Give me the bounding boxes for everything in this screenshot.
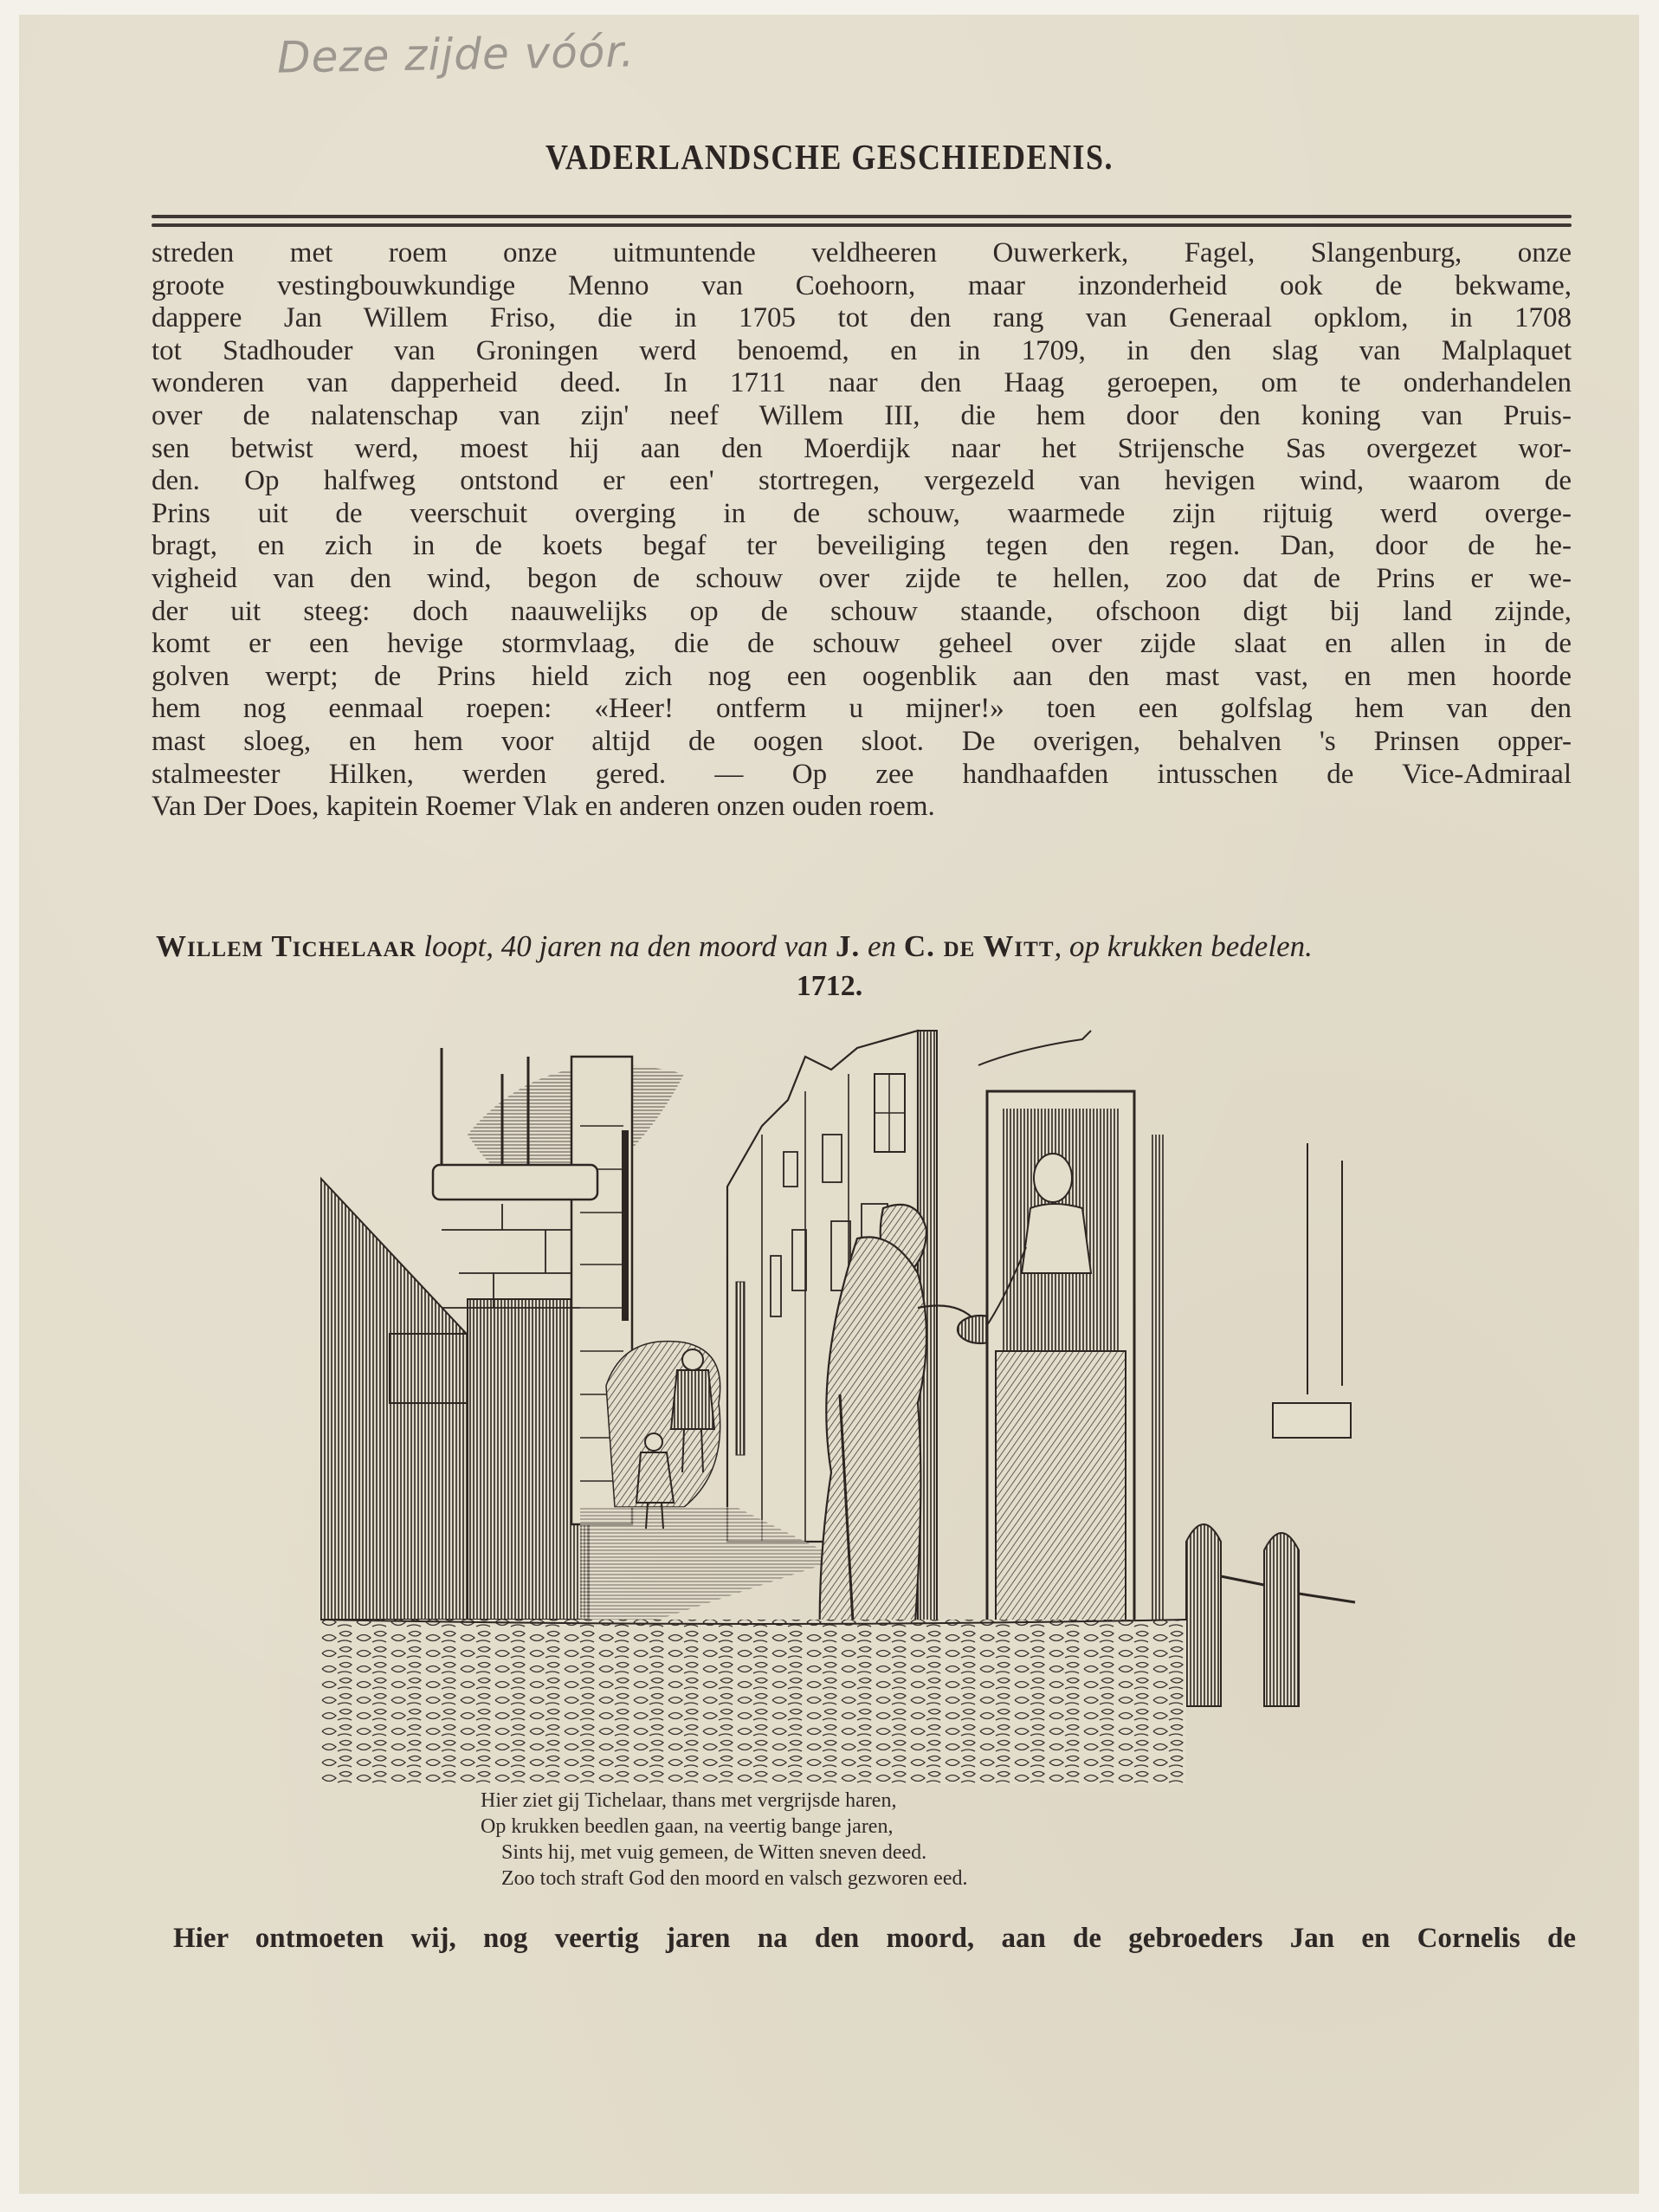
- body-line: Van Der Does, kapitein Roemer Vlak en an…: [152, 791, 1572, 824]
- title-rule-bottom: [152, 223, 1572, 227]
- title-rule-top: [152, 215, 1572, 218]
- caption-year: 1712.: [0, 970, 1659, 1003]
- woodcut-illustration: [320, 1022, 1359, 1784]
- verse-line: Hier ziet gij Tichelaar, thans met vergr…: [481, 1788, 1260, 1814]
- body-line: sen betwist werd, moest hij aan den Moer…: [152, 433, 1572, 466]
- body-line: stalmeester Hilken, werden gered. — Op z…: [152, 759, 1572, 792]
- caption-verb: loopt,: [423, 929, 494, 963]
- body-line: Prins uit de veerschuit overging in de s…: [152, 498, 1572, 531]
- caption-initial-c: C. de Witt: [904, 929, 1055, 963]
- body-line: golven werpt; de Prins hield zich nog ee…: [152, 661, 1572, 694]
- verse-line: Op krukken beedlen gaan, na veertig bang…: [481, 1814, 1260, 1840]
- body-line: wonderen van dapperheid deed. In 1711 na…: [152, 367, 1572, 400]
- caption-initial-j: J.: [836, 929, 860, 963]
- verse-line: Sints hij, met vuig gemeen, de Witten sn…: [481, 1840, 1260, 1866]
- illustration-caption: Willem Tichelaar loopt, 40 jaren na den …: [156, 929, 1576, 964]
- caption-ending: , op krukken bedelen.: [1055, 929, 1313, 963]
- body-line: tot Stadhouder van Groningen werd benoem…: [152, 335, 1572, 368]
- body-line: dappere Jan Willem Friso, die in 1705 to…: [152, 302, 1572, 335]
- body-line: den. Op halfweg ontstond er een' stortre…: [152, 465, 1572, 498]
- page-title: VADERLANDSCHE GESCHIEDENIS.: [0, 136, 1659, 178]
- body-line: streden met roem onze uitmuntende veldhe…: [152, 237, 1572, 270]
- caption-en: en: [868, 929, 896, 963]
- caption-years: 40: [501, 929, 532, 963]
- caption-name: Willem Tichelaar: [156, 929, 416, 963]
- handwritten-annotation: Deze zijde vóór.: [277, 26, 636, 82]
- body-line: groote vestingbouwkundige Menno van Coeh…: [152, 270, 1572, 303]
- verse-line: Zoo toch straft God den moord en valsch …: [481, 1866, 1260, 1892]
- body-line: hem nog eenmaal roepen: «Heer! ontferm u…: [152, 693, 1572, 726]
- body-line: bragt, en zich in de koets begaf ter bev…: [152, 530, 1572, 563]
- body-line: komt er een hevige stormvlaag, die de sc…: [152, 628, 1572, 661]
- verse-caption: Hier ziet gij Tichelaar, thans met vergr…: [481, 1788, 1260, 1892]
- continuation-line: Hier ontmoeten wij, nog veertig jaren na…: [173, 1923, 1576, 1955]
- caption-middle: jaren na den moord van: [539, 929, 829, 963]
- body-line: vigheid van den wind, begon de schouw ov…: [152, 563, 1572, 596]
- body-line: mast sloeg, en hem voor altijd de oogen …: [152, 726, 1572, 759]
- body-paragraph: streden met roem onze uitmuntende veldhe…: [152, 237, 1572, 824]
- body-line: der uit steeg: doch naauwelijks op de sc…: [152, 596, 1572, 629]
- body-line: over de nalatenschap van zijn' neef Will…: [152, 400, 1572, 433]
